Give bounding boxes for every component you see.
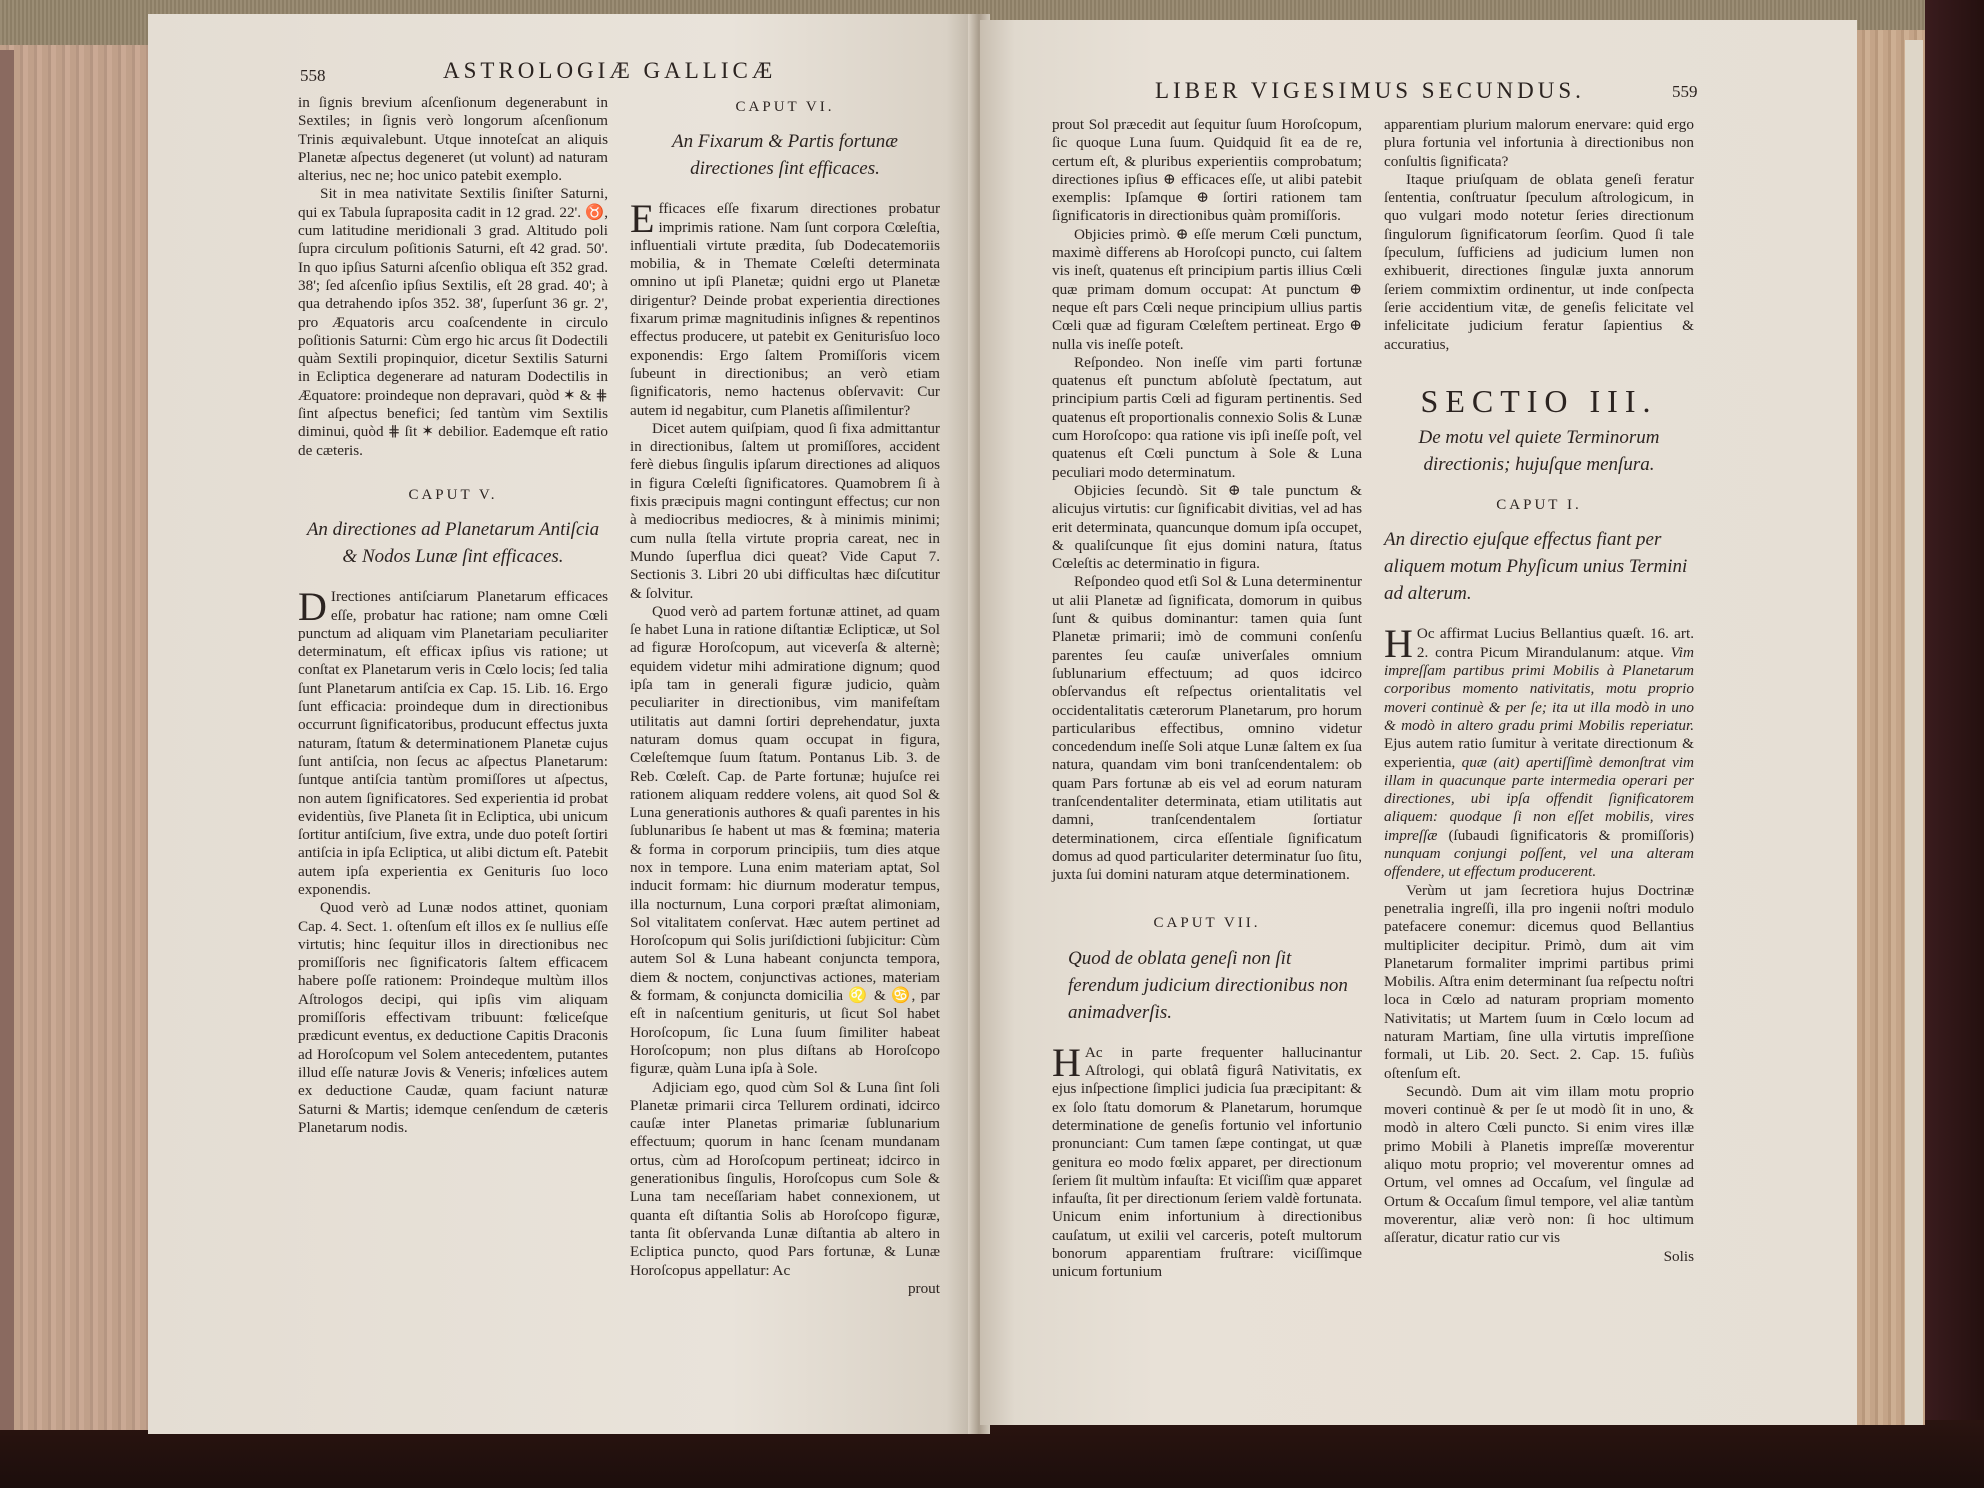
catchword: prout [630,1280,940,1298]
right-page-column-2: apparentiam plurium malorum enervare: qu… [1384,116,1694,1266]
running-head-left: ASTROLOGIÆ GALLICÆ [443,58,776,84]
paragraph: Quod verò ad Lunæ nodos attinet, quoniam… [298,899,608,1137]
chapter-label: CAPUT I. [1384,496,1694,514]
drop-cap: E [630,202,654,236]
paragraph: Sit in mea nativitate Sextilis ſiniſter … [298,185,608,459]
paragraph: HOc affirmat Lucius Bellantius quæſt. 16… [1384,625,1694,881]
paragraph: prout Sol præcedit aut ſequitur ſuum Hor… [1052,116,1362,226]
chapter-title: Quod de oblata geneſi non ſit ferendum j… [1052,945,1362,1026]
drop-cap: H [1052,1046,1081,1080]
paragraph: HAc in parte frequenter hallucinantur Aſ… [1052,1044,1362,1282]
paragraph: Adjiciam ego, quod cùm Sol & Luna ſint ſ… [630,1079,940,1280]
chapter-title: An directio ejuſque effectus fiant per a… [1384,526,1694,607]
left-cover-edge [0,50,14,1430]
paragraph: Reſpondeo. Non ineſſe vim parti fortunæ … [1052,354,1362,482]
paragraph: Objicies ſecundò. Sit ⊕ tale punctum & a… [1052,482,1362,573]
paragraph: in ſignis brevium aſcenſionum degenerabu… [298,94,608,185]
left-page: 558 ASTROLOGIÆ GALLICÆ in ſignis brevium… [148,14,980,1434]
chapter-label: CAPUT VII. [1052,914,1362,932]
paragraph: Secundò. Dum ait vim illam motu proprio … [1384,1083,1694,1248]
paragraph: apparentiam plurium malorum enervare: qu… [1384,116,1694,171]
chapter-title: An Fixarum & Partis fortunæ directiones … [630,128,940,182]
left-page-column-1: in ſignis brevium aſcenſionum degenerabu… [298,94,608,1137]
right-cover-edge [1905,40,1923,1425]
right-page: LIBER VIGESIMUS SECUNDUS. 559 prout Sol … [980,20,1857,1425]
dark-background [1925,0,1984,1488]
paragraph: Objicies primò. ⊕ eſſe merum Cœli punctu… [1052,226,1362,354]
chapter-label: CAPUT VI. [630,98,940,116]
paragraph: Itaque priuſquam de oblata geneſi feratu… [1384,171,1694,354]
section-title: De motu vel quiete Terminorum directioni… [1384,424,1694,478]
page-number-right: 559 [1672,82,1698,102]
paragraph: Quod verò ad partem fortunæ attinet, ad … [630,603,940,1079]
italic-quote: nunquam conjungi poſſent, vel una altera… [1384,845,1694,880]
paragraph: Efficaces eſſe fixarum directiones proba… [630,200,940,420]
paragraph: Dicet autem quiſpiam, quod ſi fixa admit… [630,420,940,603]
catchword: Solis [1384,1248,1694,1266]
running-head-right: LIBER VIGESIMUS SECUNDUS. [1155,78,1585,104]
left-page-edges [0,45,150,1430]
drop-cap: H [1384,627,1413,661]
paragraph: DIrectiones antiſciarum Planetarum effic… [298,588,608,899]
chapter-title: An directiones ad Planetarum Antiſcia & … [298,516,608,570]
paragraph: Reſpondeo quod etſi Sol & Luna determine… [1052,573,1362,884]
left-page-column-2: CAPUT VI. An Fixarum & Partis fortunæ di… [630,94,940,1298]
section-heading: SECTIO III. [1384,392,1694,410]
right-page-column-1: prout Sol præcedit aut ſequitur ſuum Hor… [1052,116,1362,1282]
drop-cap: D [298,590,327,624]
chapter-label: CAPUT V. [298,486,608,504]
page-number-left: 558 [300,66,326,86]
paragraph: Verùm ut jam ſecretiora hujus Doctrinæ p… [1384,882,1694,1083]
